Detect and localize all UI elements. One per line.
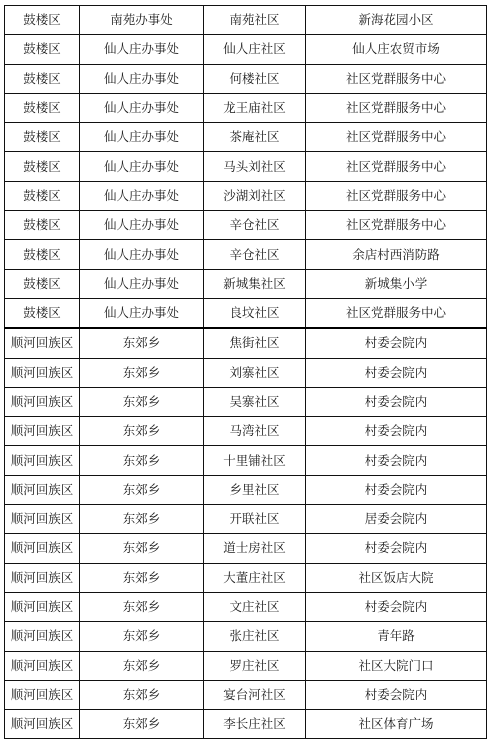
location-cell: 村委会院内 [306, 534, 487, 563]
table-row: 鼓楼区仙人庄办事处茶庵社区社区党群服务中心 [5, 123, 487, 152]
location-cell: 居委会院内 [306, 505, 487, 534]
office-cell: 仙人庄办事处 [80, 269, 204, 298]
location-cell: 社区党群服务中心 [306, 298, 487, 328]
office-cell: 东郊乡 [80, 622, 204, 651]
table-row: 顺河回族区东郊乡道士房社区村委会院内 [5, 534, 487, 563]
table-body: 鼓楼区南苑办事处南苑社区新海花园小区鼓楼区仙人庄办事处仙人庄社区仙人庄农贸市场鼓… [5, 6, 487, 739]
office-cell: 东郊乡 [80, 592, 204, 621]
community-cell: 乡里社区 [204, 475, 306, 504]
office-cell: 仙人庄办事处 [80, 64, 204, 93]
office-cell: 仙人庄办事处 [80, 181, 204, 210]
district-cell: 鼓楼区 [5, 6, 80, 35]
table-row: 顺河回族区东郊乡乡里社区村委会院内 [5, 475, 487, 504]
district-cell: 鼓楼区 [5, 93, 80, 122]
community-cell: 十里铺社区 [204, 446, 306, 475]
office-cell: 仙人庄办事处 [80, 240, 204, 269]
location-cell: 村委会院内 [306, 475, 487, 504]
office-cell: 东郊乡 [80, 710, 204, 739]
district-cell: 顺河回族区 [5, 417, 80, 446]
location-cell: 村委会院内 [306, 592, 487, 621]
district-cell: 顺河回族区 [5, 387, 80, 416]
district-cell: 鼓楼区 [5, 240, 80, 269]
community-cell: 辛仓社区 [204, 240, 306, 269]
table-row: 鼓楼区仙人庄办事处辛仓社区余店村西消防路 [5, 240, 487, 269]
community-cell: 宴台河社区 [204, 680, 306, 709]
table-row: 顺河回族区东郊乡大董庄社区社区饭店大院 [5, 563, 487, 592]
location-cell: 村委会院内 [306, 328, 487, 358]
office-cell: 东郊乡 [80, 475, 204, 504]
district-cell: 顺河回族区 [5, 534, 80, 563]
community-cell: 沙湖刘社区 [204, 181, 306, 210]
office-cell: 仙人庄办事处 [80, 298, 204, 328]
office-cell: 仙人庄办事处 [80, 123, 204, 152]
community-cell: 仙人庄社区 [204, 35, 306, 64]
office-cell: 东郊乡 [80, 446, 204, 475]
location-table: 鼓楼区南苑办事处南苑社区新海花园小区鼓楼区仙人庄办事处仙人庄社区仙人庄农贸市场鼓… [4, 5, 487, 739]
location-cell: 新海花园小区 [306, 6, 487, 35]
community-cell: 龙王庙社区 [204, 93, 306, 122]
community-cell: 大董庄社区 [204, 563, 306, 592]
community-cell: 良坟社区 [204, 298, 306, 328]
location-cell: 村委会院内 [306, 358, 487, 387]
location-cell: 社区党群服务中心 [306, 123, 487, 152]
office-cell: 东郊乡 [80, 387, 204, 416]
location-cell: 社区大院门口 [306, 651, 487, 680]
location-cell: 社区饭店大院 [306, 563, 487, 592]
location-cell: 余店村西消防路 [306, 240, 487, 269]
office-cell: 仙人庄办事处 [80, 93, 204, 122]
community-cell: 刘寨社区 [204, 358, 306, 387]
office-cell: 仙人庄办事处 [80, 152, 204, 181]
community-cell: 南苑社区 [204, 6, 306, 35]
district-cell: 鼓楼区 [5, 64, 80, 93]
location-cell: 仙人庄农贸市场 [306, 35, 487, 64]
district-cell: 顺河回族区 [5, 651, 80, 680]
community-cell: 新城集社区 [204, 269, 306, 298]
community-cell: 张庄社区 [204, 622, 306, 651]
location-cell: 新城集小学 [306, 269, 487, 298]
district-cell: 顺河回族区 [5, 622, 80, 651]
location-cell: 社区体育广场 [306, 710, 487, 739]
table-row: 鼓楼区仙人庄办事处何楼社区社区党群服务中心 [5, 64, 487, 93]
community-cell: 李长庄社区 [204, 710, 306, 739]
district-cell: 顺河回族区 [5, 563, 80, 592]
office-cell: 东郊乡 [80, 328, 204, 358]
table-row: 鼓楼区仙人庄办事处辛仓社区社区党群服务中心 [5, 211, 487, 240]
district-cell: 鼓楼区 [5, 269, 80, 298]
table-row: 鼓楼区仙人庄办事处良坟社区社区党群服务中心 [5, 298, 487, 328]
community-cell: 辛仓社区 [204, 211, 306, 240]
table-row: 顺河回族区东郊乡罗庄社区社区大院门口 [5, 651, 487, 680]
table-row: 顺河回族区东郊乡宴台河社区村委会院内 [5, 680, 487, 709]
location-cell: 社区党群服务中心 [306, 64, 487, 93]
district-cell: 鼓楼区 [5, 298, 80, 328]
table-row: 顺河回族区东郊乡吴寨社区村委会院内 [5, 387, 487, 416]
office-cell: 仙人庄办事处 [80, 35, 204, 64]
location-cell: 社区党群服务中心 [306, 181, 487, 210]
table-row: 顺河回族区东郊乡刘寨社区村委会院内 [5, 358, 487, 387]
office-cell: 东郊乡 [80, 651, 204, 680]
community-cell: 何楼社区 [204, 64, 306, 93]
table-row: 顺河回族区东郊乡马湾社区村委会院内 [5, 417, 487, 446]
community-cell: 吴寨社区 [204, 387, 306, 416]
table-row: 鼓楼区南苑办事处南苑社区新海花园小区 [5, 6, 487, 35]
district-cell: 顺河回族区 [5, 505, 80, 534]
community-cell: 文庄社区 [204, 592, 306, 621]
table-row: 顺河回族区东郊乡文庄社区村委会院内 [5, 592, 487, 621]
table-row: 顺河回族区东郊乡开联社区居委会院内 [5, 505, 487, 534]
community-cell: 罗庄社区 [204, 651, 306, 680]
district-cell: 鼓楼区 [5, 35, 80, 64]
table-row: 顺河回族区东郊乡十里铺社区村委会院内 [5, 446, 487, 475]
table-row: 顺河回族区东郊乡焦街社区村委会院内 [5, 328, 487, 358]
district-cell: 鼓楼区 [5, 211, 80, 240]
district-cell: 鼓楼区 [5, 123, 80, 152]
location-cell: 村委会院内 [306, 446, 487, 475]
community-cell: 马湾社区 [204, 417, 306, 446]
table-row: 鼓楼区仙人庄办事处仙人庄社区仙人庄农贸市场 [5, 35, 487, 64]
community-cell: 焦街社区 [204, 328, 306, 358]
district-cell: 顺河回族区 [5, 475, 80, 504]
location-cell: 社区党群服务中心 [306, 152, 487, 181]
district-cell: 顺河回族区 [5, 592, 80, 621]
office-cell: 南苑办事处 [80, 6, 204, 35]
office-cell: 东郊乡 [80, 534, 204, 563]
district-cell: 顺河回族区 [5, 328, 80, 358]
district-cell: 顺河回族区 [5, 358, 80, 387]
district-cell: 鼓楼区 [5, 181, 80, 210]
office-cell: 仙人庄办事处 [80, 211, 204, 240]
location-cell: 村委会院内 [306, 387, 487, 416]
location-cell: 村委会院内 [306, 417, 487, 446]
office-cell: 东郊乡 [80, 563, 204, 592]
table-row: 鼓楼区仙人庄办事处龙王庙社区社区党群服务中心 [5, 93, 487, 122]
table-row: 顺河回族区东郊乡李长庄社区社区体育广场 [5, 710, 487, 739]
office-cell: 东郊乡 [80, 505, 204, 534]
district-cell: 鼓楼区 [5, 152, 80, 181]
district-cell: 顺河回族区 [5, 710, 80, 739]
location-cell: 社区党群服务中心 [306, 211, 487, 240]
community-cell: 道士房社区 [204, 534, 306, 563]
location-cell: 青年路 [306, 622, 487, 651]
table-row: 鼓楼区仙人庄办事处新城集社区新城集小学 [5, 269, 487, 298]
community-cell: 开联社区 [204, 505, 306, 534]
community-cell: 茶庵社区 [204, 123, 306, 152]
office-cell: 东郊乡 [80, 680, 204, 709]
table-row: 顺河回族区东郊乡张庄社区青年路 [5, 622, 487, 651]
district-cell: 顺河回族区 [5, 680, 80, 709]
office-cell: 东郊乡 [80, 417, 204, 446]
district-cell: 顺河回族区 [5, 446, 80, 475]
table-row: 鼓楼区仙人庄办事处沙湖刘社区社区党群服务中心 [5, 181, 487, 210]
table-row: 鼓楼区仙人庄办事处马头刘社区社区党群服务中心 [5, 152, 487, 181]
community-cell: 马头刘社区 [204, 152, 306, 181]
location-cell: 社区党群服务中心 [306, 93, 487, 122]
office-cell: 东郊乡 [80, 358, 204, 387]
location-cell: 村委会院内 [306, 680, 487, 709]
